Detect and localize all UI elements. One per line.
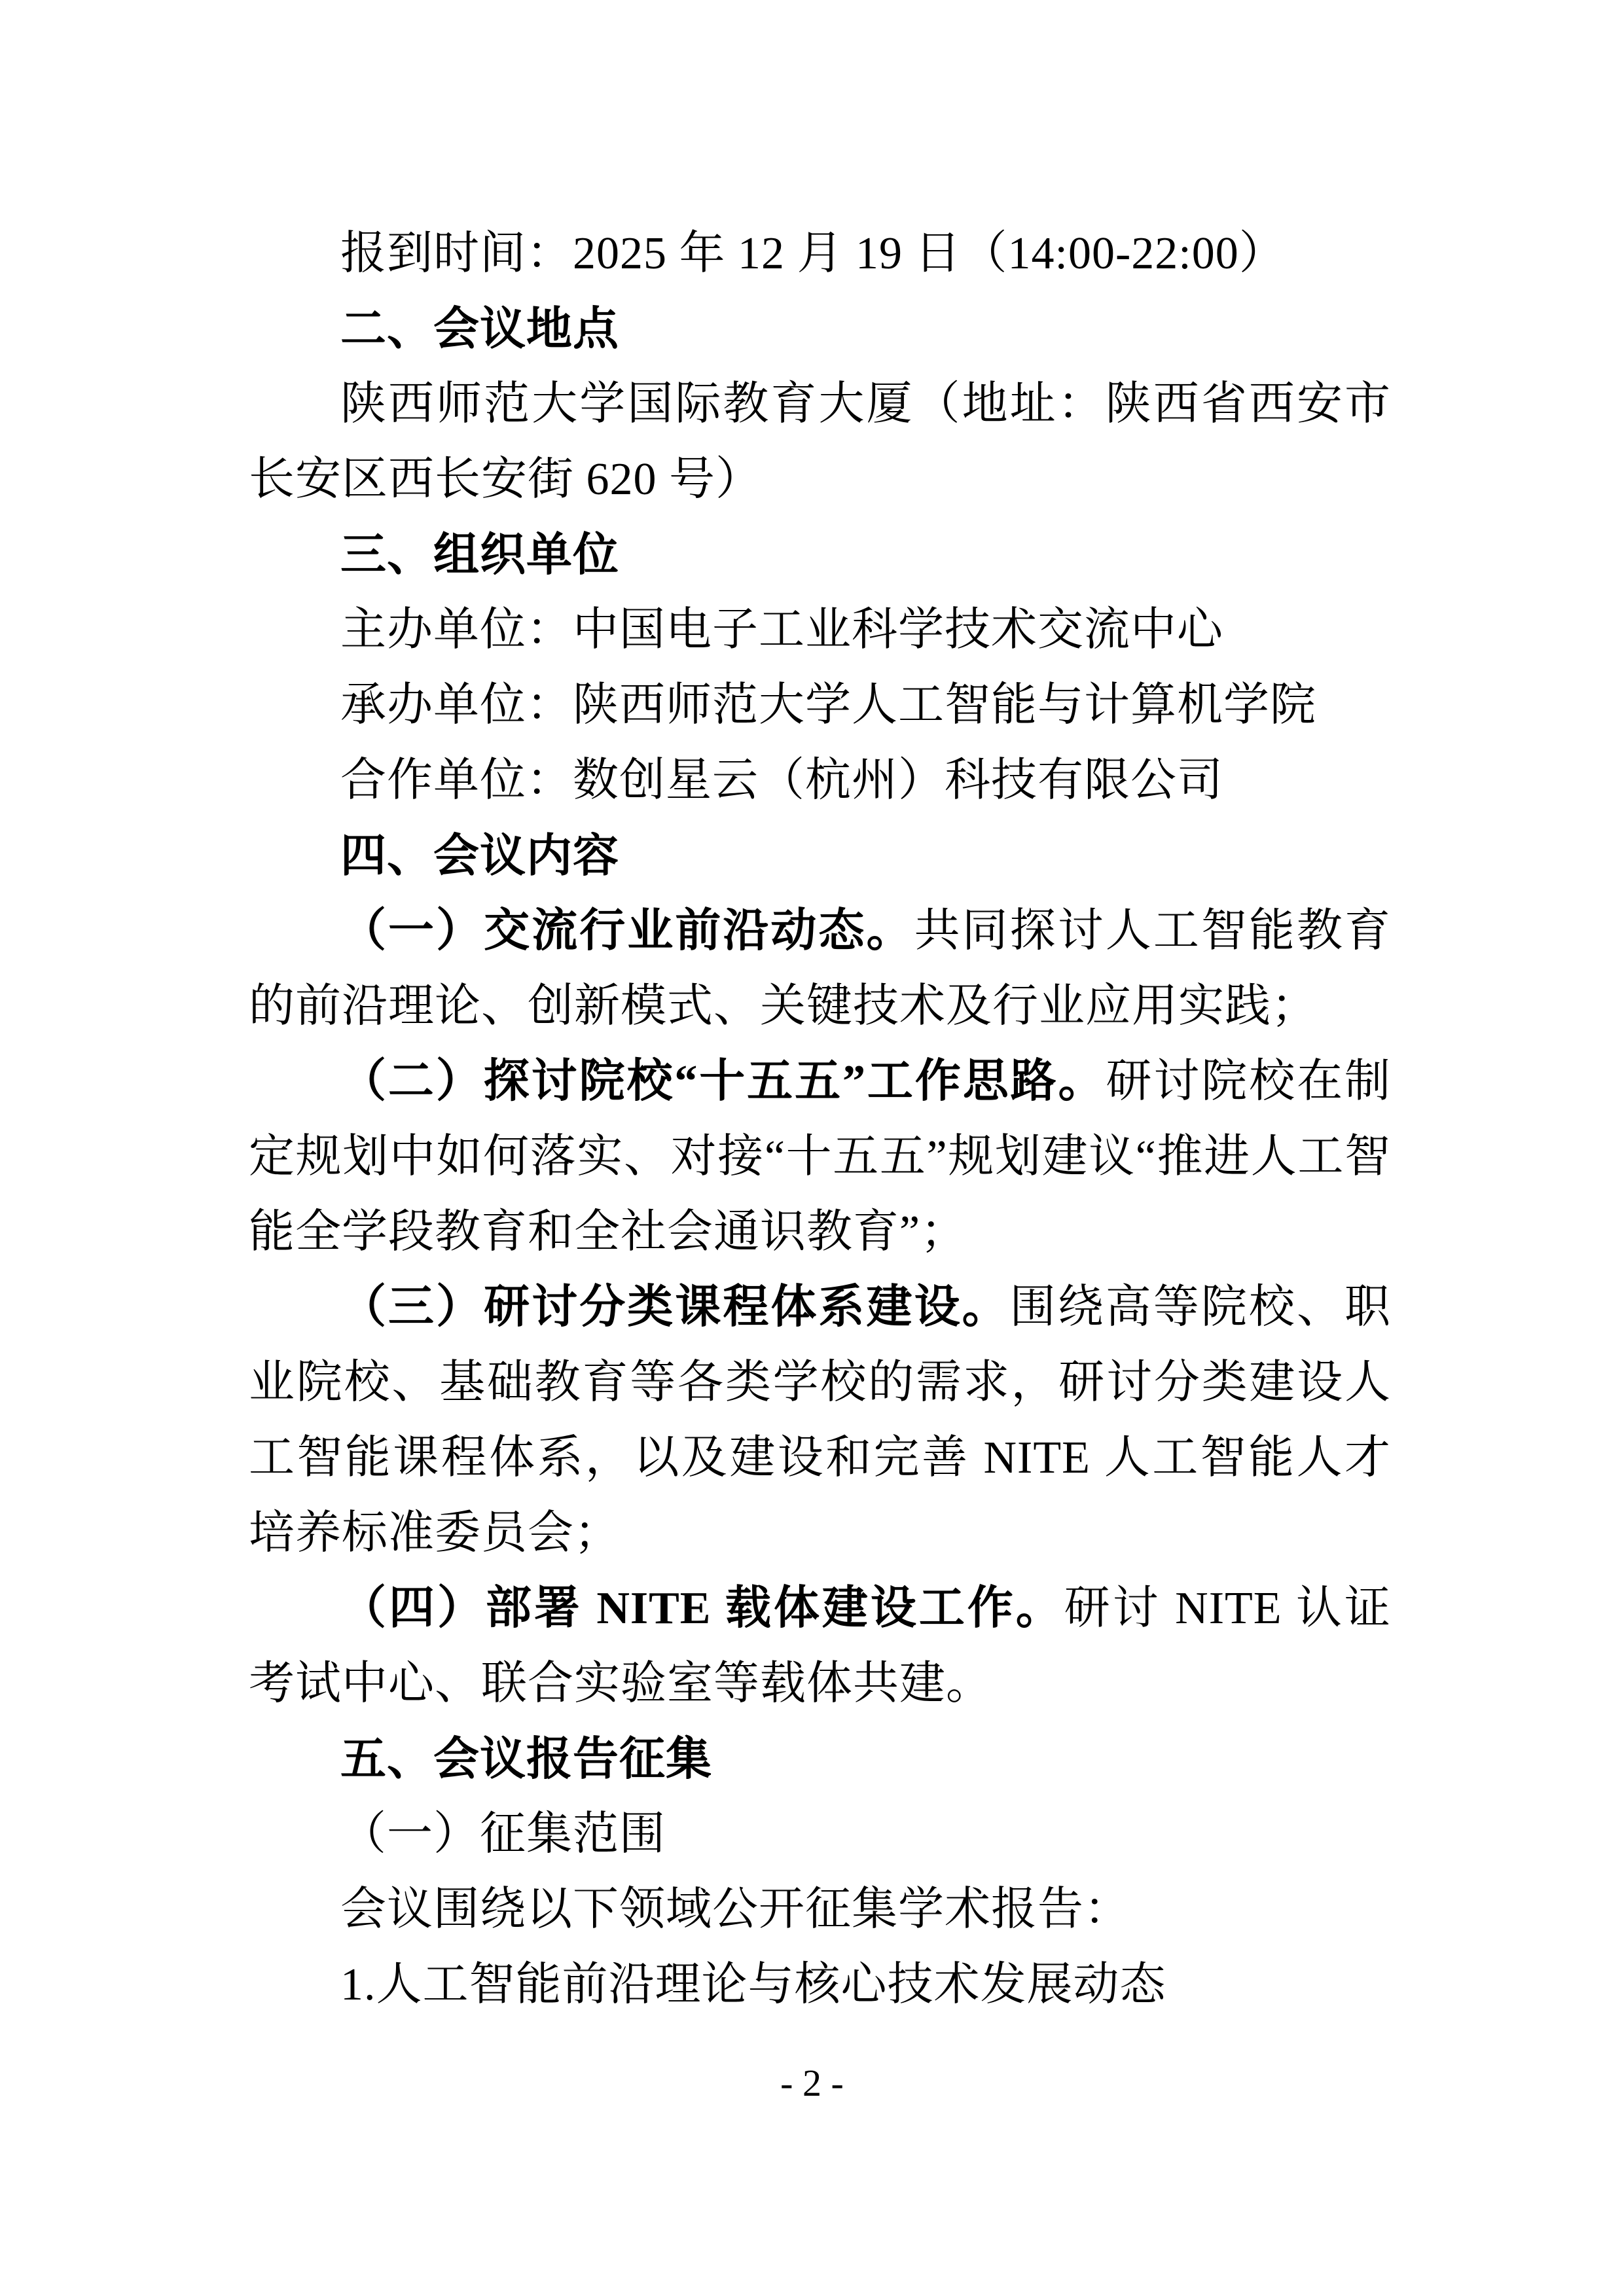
section-heading: 四、会议内容 bbox=[249, 818, 1391, 893]
paragraph: 承办单位：陕西师范大学人工智能与计算机学院 bbox=[249, 668, 1391, 743]
section-heading: 五、会议报告征集 bbox=[249, 1721, 1391, 1797]
paragraph-lead: （三）研讨分类课程体系建设。 bbox=[340, 1282, 1010, 1333]
document-page: 报到时间：2025 年 12 月 19 日（14:00-22:00） 二、会议地… bbox=[0, 0, 1624, 2296]
paragraph: 报到时间：2025 年 12 月 19 日（14:00-22:00） bbox=[249, 216, 1391, 291]
subsection-heading: （一）征集范围 bbox=[249, 1797, 1391, 1872]
document-body: 报到时间：2025 年 12 月 19 日（14:00-22:00） 二、会议地… bbox=[249, 216, 1391, 2022]
section-heading: 三、组织单位 bbox=[249, 517, 1391, 592]
paragraph: （二）探讨院校“十五五”工作思路。研讨院校在制定规划中如何落实、对接“十五五”规… bbox=[249, 1044, 1391, 1270]
paragraph-lead: （二）探讨院校“十五五”工作思路。 bbox=[340, 1056, 1106, 1107]
paragraph: 主办单位：中国电子工业科学技术交流中心 bbox=[249, 592, 1391, 668]
paragraph-lead: （四）部署 NITE 载体建设工作。 bbox=[340, 1583, 1064, 1634]
paragraph: 会议围绕以下领域公开征集学术报告： bbox=[249, 1872, 1391, 1947]
paragraph-lead: （一）交流行业前沿动态。 bbox=[340, 906, 914, 956]
paragraph: （三）研讨分类课程体系建设。围绕高等院校、职业院校、基础教育等各类学校的需求，研… bbox=[249, 1270, 1391, 1571]
paragraph: （四）部署 NITE 载体建设工作。研讨 NITE 认证考试中心、联合实验室等载… bbox=[249, 1571, 1391, 1721]
paragraph: （一）交流行业前沿动态。共同探讨人工智能教育的前沿理论、创新模式、关键技术及行业… bbox=[249, 893, 1391, 1044]
paragraph: 陕西师范大学国际教育大厦（地址：陕西省西安市长安区西长安街 620 号） bbox=[249, 367, 1391, 517]
page-number: - 2 - bbox=[0, 2060, 1624, 2106]
paragraph: 合作单位：数创星云（杭州）科技有限公司 bbox=[249, 743, 1391, 818]
paragraph: 1.人工智能前沿理论与核心技术发展动态 bbox=[249, 1947, 1391, 2022]
section-heading: 二、会议地点 bbox=[249, 291, 1391, 367]
